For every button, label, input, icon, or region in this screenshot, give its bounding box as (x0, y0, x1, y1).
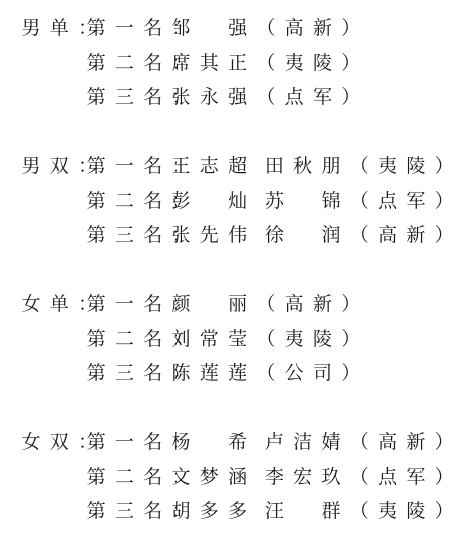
rank-label: 第 (82, 16, 110, 40)
paren-close: ） (337, 51, 365, 75)
rank-label: 第 (82, 223, 110, 247)
player-name: 涵 (224, 465, 252, 489)
team-name: 夷 (280, 51, 308, 75)
rank-label: 第 (82, 430, 110, 454)
player-name (289, 499, 317, 523)
player-name: 徐 (260, 223, 288, 247)
result-row: 女单：第一名：颜 丽（高新） (0, 292, 465, 316)
team-name: 夷 (374, 499, 402, 523)
team-name: 陵 (402, 499, 430, 523)
paren-open: （ (252, 361, 280, 385)
result-row: 第三名：胡多多汪 群（夷陵） (0, 499, 465, 523)
team-name: 新 (308, 16, 336, 40)
event-label: 女 (17, 292, 45, 316)
result-row: 男单：第一名：邹 强（高新） (0, 16, 465, 40)
rank-label: 二 (110, 327, 138, 351)
rank-label: 二 (110, 51, 138, 75)
player-name: 刘 (167, 327, 195, 351)
team-name: 陵 (402, 154, 430, 178)
player-name (195, 292, 223, 316)
paren-open: （ (252, 16, 280, 40)
rank-label: 一 (110, 154, 138, 178)
result-row: 第二名：彭 灿苏 锦（点军） (0, 189, 465, 213)
rank-label: 三 (110, 85, 138, 109)
rank-label: 第 (82, 361, 110, 385)
rank-label: 一 (110, 16, 138, 40)
player-name (195, 16, 223, 40)
rank-label: 名 (139, 465, 167, 489)
paren-open: （ (252, 51, 280, 75)
rank-label: 第 (82, 189, 110, 213)
paren-open: （ (345, 465, 373, 489)
rank-label: 名 (139, 361, 167, 385)
rank-label: 第 (82, 51, 110, 75)
player-name: 王 (167, 154, 195, 178)
team-name: 公 (280, 361, 308, 385)
player-name: 婧 (317, 430, 345, 454)
player-name: 颜 (167, 292, 195, 316)
player-name: 志 (195, 154, 223, 178)
player-name: 陈 (167, 361, 195, 385)
player-name: 莲 (195, 361, 223, 385)
team-name: 新 (308, 292, 336, 316)
rank-label: 第 (82, 85, 110, 109)
rank-label: 名 (139, 16, 167, 40)
rank-label: 第 (82, 154, 110, 178)
team-name: 陵 (308, 327, 336, 351)
player-name: 润 (317, 223, 345, 247)
rank-label: 一 (110, 292, 138, 316)
paren-open: （ (345, 189, 373, 213)
event-label: 单 (45, 292, 73, 316)
player-name: 彭 (167, 189, 195, 213)
player-name: 玖 (317, 465, 345, 489)
rank-label: 三 (110, 499, 138, 523)
result-row: 第三名：张永强（点军） (0, 85, 465, 109)
player-name: 梦 (195, 465, 223, 489)
player-name: 莹 (224, 327, 252, 351)
team-name: 司 (308, 361, 336, 385)
rank-label: 名 (139, 223, 167, 247)
player-name: 文 (167, 465, 195, 489)
team-name: 新 (402, 430, 430, 454)
result-row: 女双：第一名：杨 希卢洁婧（高新） (0, 430, 465, 454)
paren-open: （ (345, 223, 373, 247)
event-label: 双 (45, 430, 73, 454)
paren-close: ） (430, 223, 458, 247)
player-name: 卢 (260, 430, 288, 454)
player-name: 秋 (289, 154, 317, 178)
player-name: 苏 (260, 189, 288, 213)
player-name: 汪 (260, 499, 288, 523)
player-name: 常 (195, 327, 223, 351)
player-name: 朋 (317, 154, 345, 178)
team-name: 高 (374, 223, 402, 247)
team-name: 陵 (308, 51, 336, 75)
rank-label: 一 (110, 430, 138, 454)
rank-label: 名 (139, 85, 167, 109)
event-label: 男 (17, 154, 45, 178)
paren-open: （ (252, 292, 280, 316)
paren-close: ） (337, 85, 365, 109)
rank-label: 三 (110, 223, 138, 247)
paren-close: ） (430, 189, 458, 213)
rank-label: 名 (139, 189, 167, 213)
player-name: 灿 (224, 189, 252, 213)
rank-label: 名 (139, 292, 167, 316)
player-name: 张 (167, 223, 195, 247)
team-name: 点 (374, 465, 402, 489)
team-name: 高 (280, 16, 308, 40)
player-name: 宏 (289, 465, 317, 489)
paren-close: ） (337, 327, 365, 351)
result-row: 第三名：张先伟徐 润（高新） (0, 223, 465, 247)
result-row: 男双：第一名：王志超田秋朋（夷陵） (0, 154, 465, 178)
team-name: 军 (402, 465, 430, 489)
player-name: 正 (224, 51, 252, 75)
player-name: 先 (195, 223, 223, 247)
rank-label: 第 (82, 327, 110, 351)
player-name: 伟 (224, 223, 252, 247)
paren-open: （ (345, 154, 373, 178)
result-row: 第二名：席其正（夷陵） (0, 51, 465, 75)
team-name: 点 (280, 85, 308, 109)
rank-label: 名 (139, 327, 167, 351)
team-name: 高 (374, 430, 402, 454)
player-name: 强 (224, 16, 252, 40)
paren-open: （ (252, 85, 280, 109)
player-name: 锦 (317, 189, 345, 213)
paren-close: ） (430, 154, 458, 178)
result-row: 第二名：文梦涵李宏玖（点军） (0, 465, 465, 489)
player-name: 多 (224, 499, 252, 523)
player-name (195, 430, 223, 454)
player-name: 多 (195, 499, 223, 523)
rank-label: 第 (82, 292, 110, 316)
player-name: 邹 (167, 16, 195, 40)
rank-label: 名 (139, 51, 167, 75)
paren-close: ） (337, 16, 365, 40)
player-name: 丽 (224, 292, 252, 316)
team-name: 军 (402, 189, 430, 213)
result-row: 第三名：陈莲莲（公司） (0, 361, 465, 385)
event-label: 双 (45, 154, 73, 178)
rank-label: 二 (110, 465, 138, 489)
team-name: 新 (402, 223, 430, 247)
result-row: 第二名：刘常莹（夷陵） (0, 327, 465, 351)
paren-close: ） (337, 361, 365, 385)
player-name (195, 189, 223, 213)
player-name: 田 (260, 154, 288, 178)
paren-close: ） (337, 292, 365, 316)
paren-close: ） (430, 430, 458, 454)
player-name (289, 223, 317, 247)
rank-label: 名 (139, 430, 167, 454)
player-name: 杨 (167, 430, 195, 454)
rank-label: 第 (82, 465, 110, 489)
team-name: 高 (280, 292, 308, 316)
player-name: 李 (260, 465, 288, 489)
player-name: 永 (195, 85, 223, 109)
paren-open: （ (345, 499, 373, 523)
event-label: 男 (17, 16, 45, 40)
player-name: 席 (167, 51, 195, 75)
player-name: 洁 (289, 430, 317, 454)
event-label: 单 (45, 16, 73, 40)
paren-open: （ (345, 430, 373, 454)
team-name: 夷 (280, 327, 308, 351)
rank-label: 第 (82, 499, 110, 523)
rank-label: 二 (110, 189, 138, 213)
player-name: 群 (317, 499, 345, 523)
team-name: 军 (308, 85, 336, 109)
player-name: 胡 (167, 499, 195, 523)
player-name: 其 (195, 51, 223, 75)
event-label: 女 (17, 430, 45, 454)
paren-open: （ (252, 327, 280, 351)
player-name: 莲 (224, 361, 252, 385)
rank-label: 名 (139, 499, 167, 523)
player-name: 希 (224, 430, 252, 454)
team-name: 点 (374, 189, 402, 213)
team-name: 夷 (374, 154, 402, 178)
paren-close: ） (430, 465, 458, 489)
rank-label: 名 (139, 154, 167, 178)
player-name: 张 (167, 85, 195, 109)
player-name: 超 (224, 154, 252, 178)
rank-label: 三 (110, 361, 138, 385)
player-name: 强 (224, 85, 252, 109)
player-name (289, 189, 317, 213)
paren-close: ） (430, 499, 458, 523)
